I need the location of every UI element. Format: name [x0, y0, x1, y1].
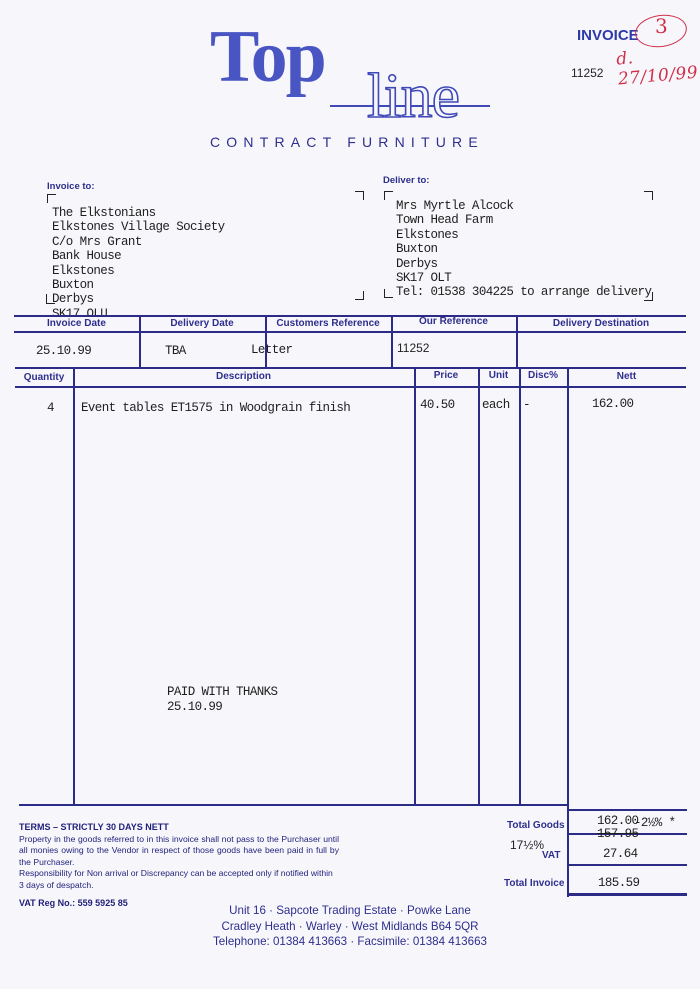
header-customers-reference: Customers Reference [265, 318, 391, 329]
invoice-date-value: 25.10.99 [36, 344, 91, 358]
address-line: Elkstones Village Society [52, 220, 225, 234]
address-line: Elkstones [396, 228, 651, 242]
invoice-to-address: The Elkstonians Elkstones Village Societ… [52, 206, 225, 321]
total-goods-label: Total Goods [507, 820, 565, 831]
address-line: The Elkstonians [52, 206, 225, 220]
header-quantity: Quantity [15, 372, 73, 383]
invoice-to-label: Invoice to: [47, 181, 95, 192]
delivery-date-value: TBA [165, 344, 186, 358]
handwritten-date: d. 27/10/99 [615, 42, 700, 89]
items-table-bottom-border [19, 804, 567, 806]
company-address: Unit 16 · Sapcote Trading Estate · Powke… [200, 903, 500, 950]
bracket-tr [355, 191, 364, 200]
address-line: C/o Mrs Grant [52, 235, 225, 249]
paid-note-date: 25.10.99 [167, 700, 222, 714]
logo-tagline: CONTRACT FURNITURE [210, 134, 484, 150]
total-goods-value: 162.00 [597, 814, 638, 828]
address-line: Town Head Farm [396, 213, 651, 227]
terms-paragraph: Responsibility for Non arrival or Discre… [19, 868, 339, 891]
our-reference-value: 11252 [397, 341, 429, 355]
document-title: INVOICE [577, 27, 639, 44]
ref-table-header-border [14, 331, 686, 333]
vat-value: 27.64 [603, 847, 638, 861]
address-line: Mrs Myrtle Alcock [396, 199, 651, 213]
col-divider [567, 367, 569, 897]
invoice-number: 11252 [571, 66, 603, 80]
customers-reference-value: Letter [251, 343, 292, 357]
address-line: Tel: 01538 304225 to arrange delivery [396, 285, 651, 299]
terms-heading: TERMS – STRICTLY 30 DAYS NETT [19, 822, 169, 832]
total-invoice-label: Total Invoice [504, 878, 564, 889]
terms-paragraph: Property in the goods referred to in thi… [19, 834, 339, 869]
handwritten-number: 3 [655, 14, 668, 38]
address-line: Bank House [52, 249, 225, 263]
total-invoice-value: 185.59 [598, 876, 639, 890]
total-goods-discount-note: -2½% * [634, 816, 675, 830]
totals-divider [567, 864, 687, 866]
header-description: Description [73, 371, 414, 382]
header-delivery-date: Delivery Date [139, 318, 265, 329]
vat-label: VAT [542, 850, 561, 861]
deliver-to-address: Mrs Myrtle Alcock Town Head Farm Elkston… [396, 199, 651, 300]
items-table-top-border [15, 367, 686, 369]
footer-line: Cradley Heath · Warley · West Midlands B… [200, 919, 500, 935]
total-goods-revised: 157.95 [597, 827, 638, 841]
header-unit: Unit [478, 370, 519, 381]
bracket-bl [384, 289, 393, 298]
address-line: Elkstones [52, 264, 225, 278]
bracket-tl [384, 191, 393, 200]
item-disc: - [523, 398, 530, 412]
col-divider [73, 367, 75, 805]
header-disc: Disc% [519, 370, 567, 381]
address-line: Derbys [52, 292, 225, 306]
col-divider [478, 367, 480, 805]
items-table-header-border [15, 386, 686, 388]
header-delivery-destination: Delivery Destination [516, 318, 686, 329]
logo-line-text: line [367, 64, 459, 128]
header-nett: Nett [567, 371, 686, 382]
item-price: 40.50 [420, 398, 455, 412]
header-price: Price [414, 370, 478, 381]
col-divider [519, 367, 521, 805]
bracket-br [355, 291, 364, 300]
logo-top-text: Top [210, 20, 325, 94]
header-invoice-date: Invoice Date [14, 318, 139, 329]
footer-line: Unit 16 · Sapcote Trading Estate · Powke… [200, 903, 500, 919]
deliver-to-label: Deliver to: [383, 175, 429, 186]
vat-reg-number: VAT Reg No.: 559 5925 85 [19, 898, 128, 908]
footer-line: Telephone: 01384 413663 · Facsimile: 013… [200, 934, 500, 950]
totals-top-border [567, 809, 687, 811]
item-quantity: 4 [47, 401, 54, 415]
address-line: Derbys [396, 257, 651, 271]
header-our-reference: Our Reference [391, 316, 516, 327]
bracket-bl [46, 294, 55, 304]
col-divider [414, 367, 416, 805]
address-line: Buxton [396, 242, 651, 256]
address-line: SK17 OLT [396, 271, 651, 285]
totals-bottom-border [567, 893, 687, 896]
item-description: Event tables ET1575 in Woodgrain finish [81, 401, 350, 415]
paid-note: PAID WITH THANKS [167, 685, 277, 699]
terms-block: TERMS – STRICTLY 30 DAYS NETT Property i… [19, 822, 339, 891]
bracket-tl [47, 194, 56, 203]
address-line: Buxton [52, 278, 225, 292]
item-unit: each [482, 398, 510, 412]
item-nett: 162.00 [592, 397, 633, 411]
vat-rate: 17½% [510, 838, 544, 852]
ref-table-top-border [14, 315, 686, 317]
